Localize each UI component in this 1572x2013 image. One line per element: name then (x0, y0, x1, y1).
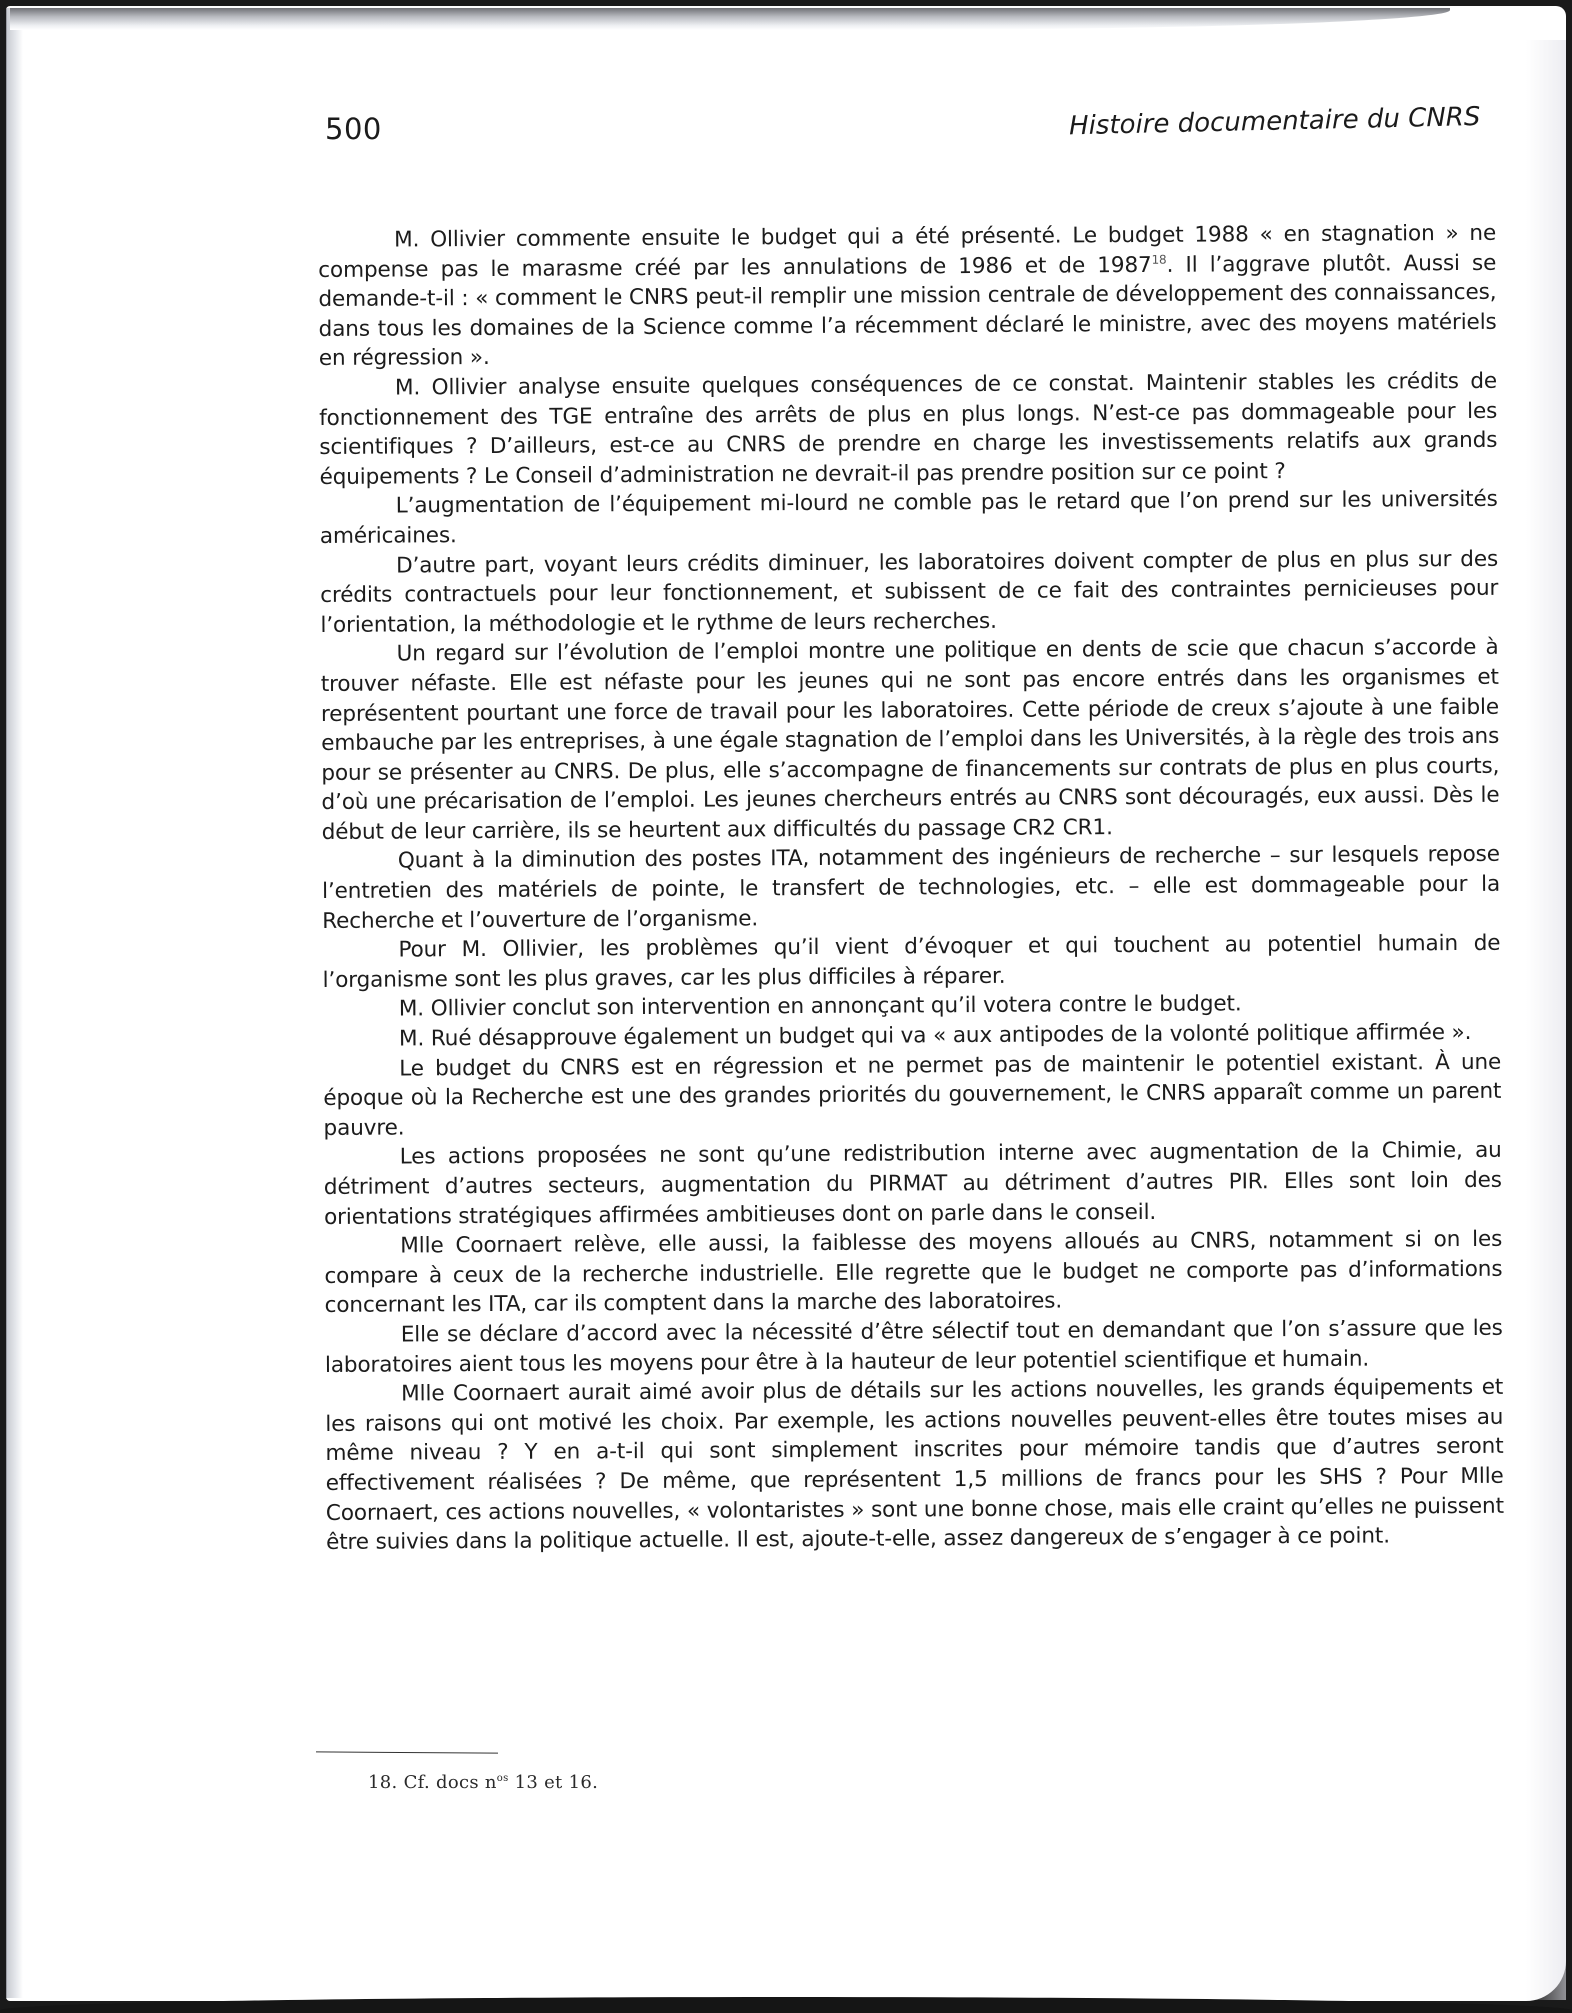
footnote-reference[interactable]: 18 (1152, 252, 1167, 266)
page-right-shadow (1526, 40, 1566, 2000)
body-text: M. Ollivier commente ensuite le budget q… (318, 219, 1504, 1558)
paragraph: Pour M. Ollivier, les problèmes qu’il vi… (322, 929, 1500, 995)
paragraph: Un regard sur l’évolution de l’emploi mo… (321, 633, 1500, 847)
running-title: Histoire documentaire du CNRS (1068, 102, 1480, 141)
footnote-number: 18. (368, 1772, 398, 1793)
paragraph: Les actions proposées ne sont qu’une red… (324, 1136, 1503, 1232)
footnote-text: 13 et 16. (509, 1772, 599, 1793)
paragraph: L’augmentation de l’équipement mi-lourd … (320, 485, 1498, 551)
paragraph: M. Ollivier commente ensuite le budget q… (318, 219, 1497, 374)
paragraph: Mlle Coornaert aurait aimé avoir plus de… (325, 1373, 1504, 1558)
footnote-superscript: os (497, 1773, 509, 1784)
paragraph: M. Ollivier analyse ensuite quelques con… (319, 367, 1498, 493)
paragraph: Quant à la diminution des postes ITA, no… (322, 840, 1501, 936)
paragraph: Mlle Coornaert relève, elle aussi, la fa… (324, 1225, 1503, 1321)
running-head: 500 Histoire documentaire du CNRS (325, 100, 1490, 144)
paragraph: D’autre part, voyant leurs crédits dimin… (320, 544, 1499, 640)
page-stack-left-edge (6, 8, 23, 1998)
paragraph: Elle se déclare d’accord avec la nécessi… (325, 1314, 1503, 1380)
page-number: 500 (325, 112, 382, 146)
footnote-text: Cf. docs n (404, 1772, 497, 1793)
footnote: 18. Cf. docs nos 13 et 16. (368, 1772, 598, 1793)
paragraph: Le budget du CNRS est en régression et n… (323, 1047, 1502, 1143)
